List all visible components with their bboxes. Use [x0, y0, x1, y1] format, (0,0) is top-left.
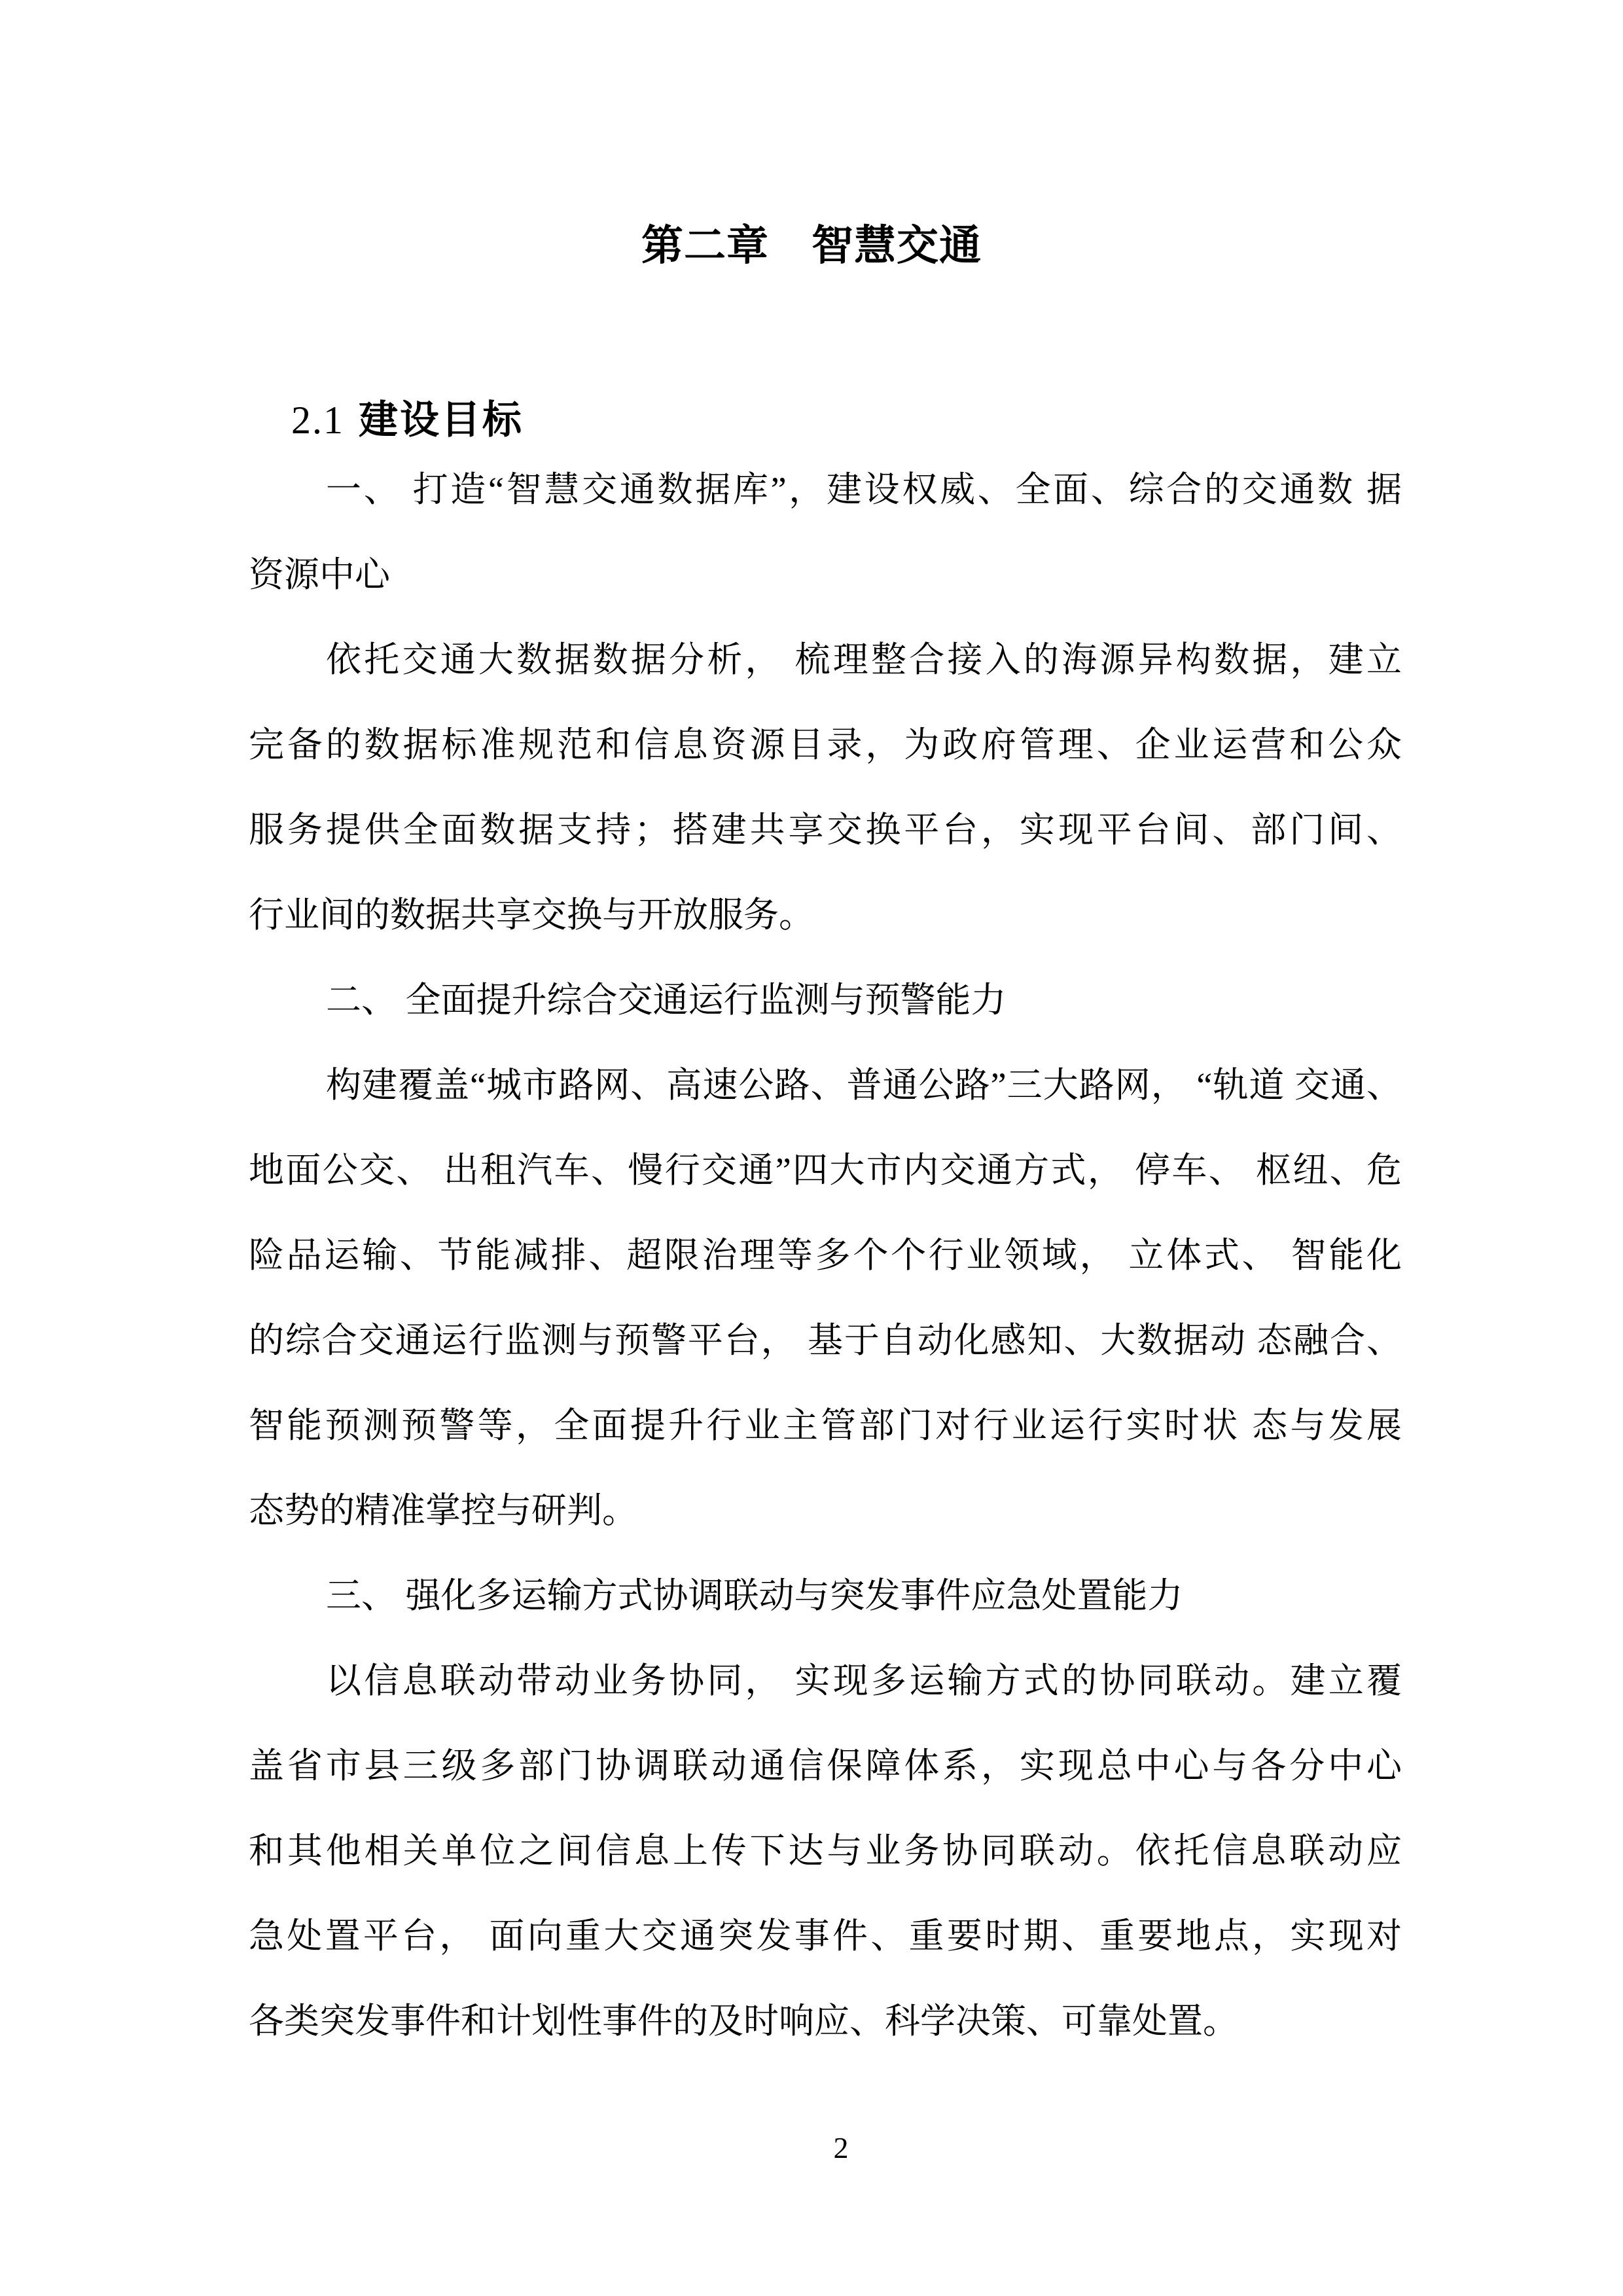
paragraph-line: 险品运输、节能减排、超限治理等多个个行业领域， 立体式、 智能化 [249, 1213, 1402, 1298]
paragraph-line: 完备的数据标准规范和信息资源目录，为政府管理、企业运营和公众 [249, 702, 1402, 787]
body-text: 一、 打造“智慧交通数据库”，建设权威、全面、综合的交通数 据 资源中心 依托交… [249, 447, 1402, 2064]
paragraph-line: 地面公交、 出租汽车、慢行交通”四大市内交通方式， 停车、 枢纽、危 [249, 1128, 1402, 1213]
paragraph-line: 资源中心 [249, 532, 1402, 617]
paragraph-line: 服务提供全面数据支持；搭建共享交换平台，实现平台间、部门间、 [249, 787, 1402, 872]
paragraph-line: 态势的精准掌控与研判。 [249, 1468, 1402, 1553]
paragraph-line: 依托交通大数据数据分析， 梳理整合接入的海源异构数据，建立 [249, 617, 1402, 702]
paragraph-line: 和其他相关单位之间信息上传下达与业务协同联动。依托信息联动应 [249, 1808, 1402, 1893]
page-title: 第二章 智慧交通 [0, 221, 1623, 270]
paragraph-line: 的综合交通运行监测与预警平台， 基于自动化感知、大数据动 态融合、 [249, 1298, 1402, 1383]
section-heading-label: 建设目标 [359, 398, 524, 442]
document-page: 第二章 智慧交通 2.1建设目标 一、 打造“智慧交通数据库”，建设权威、全面、… [0, 0, 1623, 2296]
section-heading-number: 2.1 [291, 399, 344, 442]
paragraph-line: 一、 打造“智慧交通数据库”，建设权威、全面、综合的交通数 据 [249, 447, 1402, 532]
paragraph-line: 各类突发事件和计划性事件的及时响应、科学决策、可靠处置。 [249, 1979, 1402, 2064]
paragraph-line: 智能预测预警等，全面提升行业主管部门对行业运行实时状 态与发展 [249, 1383, 1402, 1468]
paragraph-line: 行业间的数据共享交换与开放服务。 [249, 872, 1402, 958]
paragraph-line: 以信息联动带动业务协同， 实现多运输方式的协同联动。建立覆 [249, 1638, 1402, 1723]
paragraph-line: 构建覆盖“城市路网、高速公路、普通公路”三大路网， “轨道 交通、 [249, 1043, 1402, 1128]
paragraph-line: 二、 全面提升综合交通运行监测与预警能力 [249, 958, 1402, 1043]
paragraph-line: 三、 强化多运输方式协调联动与突发事件应急处置能力 [249, 1553, 1402, 1638]
page-number: 2 [811, 2128, 870, 2168]
paragraph-line: 急处置平台， 面向重大交通突发事件、重要时期、重要地点，实现对 [249, 1893, 1402, 1979]
paragraph-line: 盖省市县三级多部门协调联动通信保障体系，实现总中心与各分中心 [249, 1723, 1402, 1808]
